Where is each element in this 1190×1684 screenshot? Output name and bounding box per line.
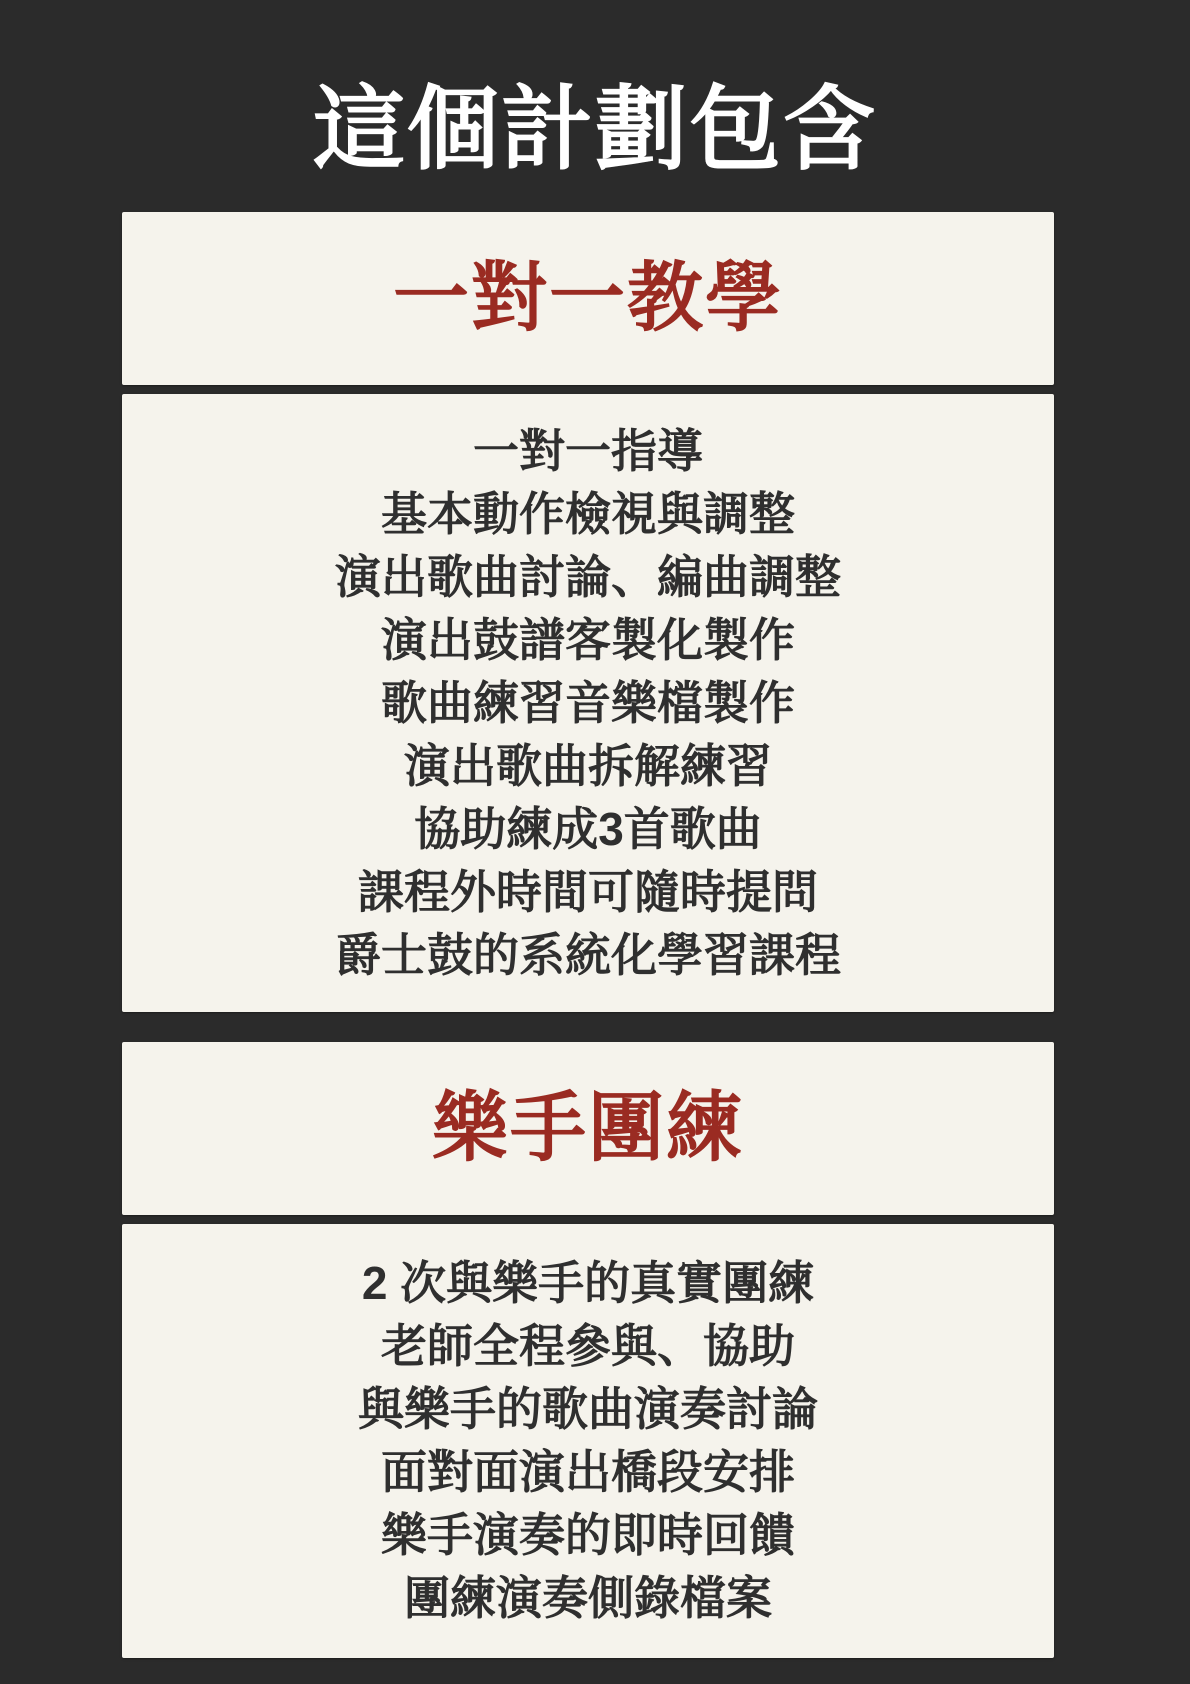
feature-line: 2 次與樂手的真實團練 xyxy=(362,1252,814,1315)
section-band-practice-items: 2 次與樂手的真實團練老師全程參與、協助與樂手的歌曲演奏討論面對面演出橋段安排樂… xyxy=(122,1224,1054,1658)
section-one-on-one-heading: 一對一教學 xyxy=(393,261,783,337)
feature-line: 課程外時間可隨時提問 xyxy=(358,861,818,924)
feature-line: 一對一指導 xyxy=(473,420,703,483)
feature-line: 歌曲練習音樂檔製作 xyxy=(381,672,795,735)
feature-line: 老師全程參與、協助 xyxy=(381,1315,795,1378)
feature-line: 爵士鼓的系統化學習課程 xyxy=(335,924,841,987)
feature-line: 面對面演出橋段安排 xyxy=(381,1441,795,1504)
feature-line: 基本動作檢視與調整 xyxy=(381,483,795,546)
plan-poster: 這個計劃包含 一對一教學 一對一指導基本動作檢視與調整演出歌曲討論、編曲調整演出… xyxy=(0,0,1190,1684)
feature-line: 演出鼓譜客製化製作 xyxy=(381,609,795,672)
feature-line: 演出歌曲討論、編曲調整 xyxy=(335,546,841,609)
feature-line: 協助練成3首歌曲 xyxy=(414,798,762,861)
section-one-on-one-items: 一對一指導基本動作檢視與調整演出歌曲討論、編曲調整演出鼓譜客製化製作歌曲練習音樂… xyxy=(122,394,1054,1012)
section-one-on-one-heading-box: 一對一教學 xyxy=(122,212,1054,385)
feature-line: 樂手演奏的即時回饋 xyxy=(381,1504,795,1567)
section-band-practice-heading-box: 樂手團練 xyxy=(122,1042,1054,1215)
feature-line: 與樂手的歌曲演奏討論 xyxy=(358,1378,818,1441)
section-band-practice-heading: 樂手團練 xyxy=(432,1091,744,1167)
page-title: 這個計劃包含 xyxy=(0,84,1190,176)
feature-line: 演出歌曲拆解練習 xyxy=(404,735,772,798)
feature-line: 團練演奏側錄檔案 xyxy=(404,1567,772,1630)
